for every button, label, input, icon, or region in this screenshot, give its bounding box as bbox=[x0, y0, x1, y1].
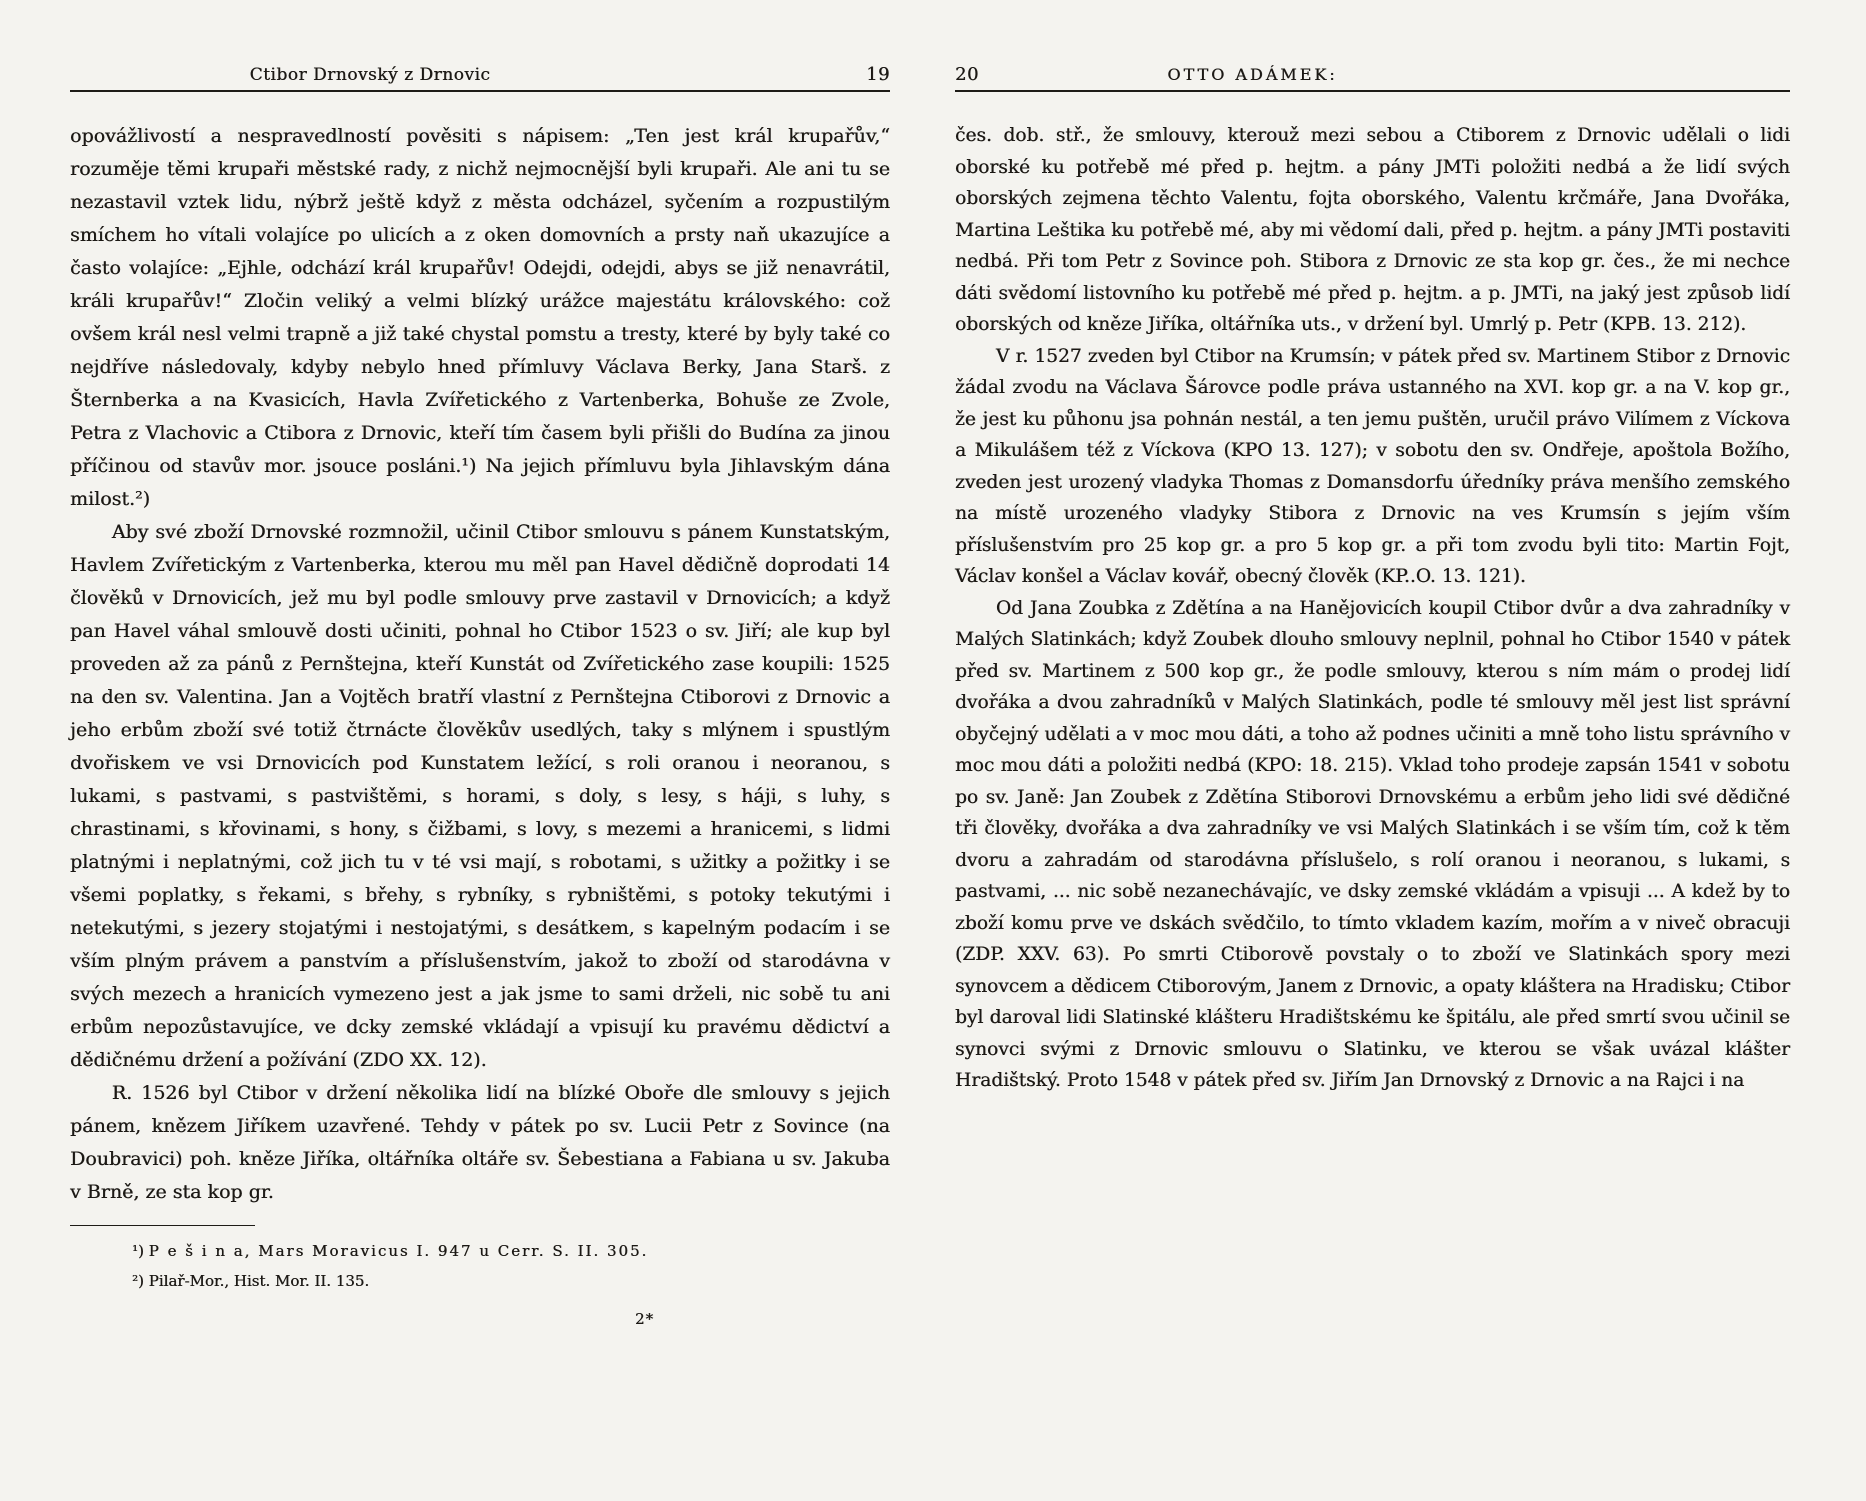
left-page-number: 19 bbox=[600, 64, 890, 85]
right-page: 20 OTTO ADÁMEK: čes. dob. stř., že smlou… bbox=[955, 64, 1790, 1097]
footnote-separator-rule bbox=[70, 1225, 255, 1226]
footnotes: ¹) P e š i n a, Mars Moravicus I. 947 u … bbox=[70, 1236, 890, 1296]
left-running-title: Ctibor Drnovský z Drnovic bbox=[250, 65, 491, 85]
left-paragraph-1: opovážlivostí a nespravedlností pověsiti… bbox=[70, 120, 890, 516]
footnote-2-marker: ²) bbox=[132, 1272, 144, 1290]
footnote-1: ¹) P e š i n a, Mars Moravicus I. 947 u … bbox=[70, 1236, 890, 1266]
footnote-2: ²) Pilař-Mor., Hist. Mor. II. 135. bbox=[70, 1266, 890, 1296]
left-header-rule bbox=[70, 90, 890, 92]
footnote-1-text: P e š i n a, Mars Moravicus I. 947 u Cer… bbox=[149, 1242, 649, 1260]
right-running-head: 20 OTTO ADÁMEK: bbox=[955, 64, 1790, 85]
footnote-1-marker: ¹) bbox=[132, 1242, 144, 1260]
right-paragraph-1: čes. dob. stř., že smlouvy, kterouž mezi… bbox=[955, 120, 1790, 341]
left-page: Ctibor Drnovský z Drnovic 19 opovážlivos… bbox=[70, 64, 890, 1328]
left-paragraph-3: R. 1526 byl Ctibor v držení několika lid… bbox=[70, 1077, 890, 1209]
footnote-2-text: Pilař-Mor., Hist. Mor. II. 135. bbox=[149, 1272, 369, 1290]
right-header-rule bbox=[955, 90, 1790, 92]
signature-mark: 2* bbox=[635, 1310, 890, 1328]
left-body-text: opovážlivostí a nespravedlností pověsiti… bbox=[70, 120, 890, 1209]
left-running-head: Ctibor Drnovský z Drnovic 19 bbox=[70, 64, 890, 85]
left-paragraph-2: Aby své zboží Drnovské rozmnožil, učinil… bbox=[70, 516, 890, 1077]
right-paragraph-2: V r. 1527 zveden byl Ctibor na Krumsín; … bbox=[955, 341, 1790, 593]
right-running-title: OTTO ADÁMEK: bbox=[1167, 65, 1337, 84]
right-body-text: čes. dob. stř., že smlouvy, kterouž mezi… bbox=[955, 120, 1790, 1097]
right-paragraph-3: Od Jana Zoubka z Zdětína a na Hanějovicí… bbox=[955, 593, 1790, 1097]
